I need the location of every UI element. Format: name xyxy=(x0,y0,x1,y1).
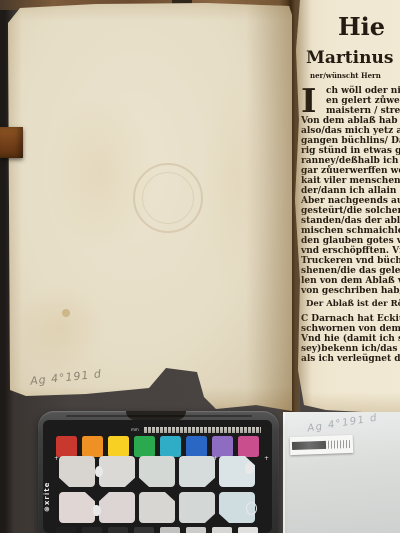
dark-patch xyxy=(82,527,102,533)
gray-patch-row-1 xyxy=(59,456,255,487)
page-shading xyxy=(6,3,292,413)
color-checker: mm + + + + + xyxy=(38,411,279,533)
plus-mark: + xyxy=(264,456,269,462)
hand-icon xyxy=(245,462,254,474)
gray-patch xyxy=(179,492,215,523)
mini-ruler-ticks xyxy=(328,440,350,449)
color-patch-blue xyxy=(186,436,207,457)
left-page: Ag 4°191 d xyxy=(6,3,292,413)
color-checker-card: mm + + + + + xyxy=(43,420,272,533)
ruler-ticks xyxy=(143,427,261,433)
light-patch xyxy=(238,527,258,533)
color-patch-purple xyxy=(212,436,233,457)
gray-scale-label xyxy=(290,435,354,455)
gray-patch xyxy=(99,456,135,487)
color-patch-red xyxy=(56,436,77,457)
dark-patch xyxy=(134,527,154,533)
rotate-arrow-icon xyxy=(246,502,257,515)
ruler-strip xyxy=(143,427,261,433)
color-patch-green xyxy=(134,436,155,457)
hand-icon xyxy=(95,466,103,477)
shelfmark-board: Ag 4°191 d xyxy=(307,412,379,434)
backing-board: Ag 4°191 d xyxy=(283,412,400,533)
gray-patch xyxy=(139,492,175,523)
gray-wedge-bar xyxy=(292,441,326,450)
dark-patch xyxy=(56,527,76,533)
gray-patch xyxy=(59,456,95,487)
housing-groove xyxy=(66,415,252,417)
color-patch-cyan xyxy=(160,436,181,457)
gray-patch xyxy=(59,492,95,523)
right-page: Hie Martinus L ner/wünscht Hern I ch wöl… xyxy=(292,0,400,414)
gray-patch xyxy=(139,456,175,487)
light-patch xyxy=(212,527,232,533)
color-patch-orange xyxy=(82,436,103,457)
color-patch-magenta xyxy=(238,436,259,457)
bottom-patch-row xyxy=(56,527,258,533)
xrite-logo: ⊗xrite xyxy=(43,460,53,512)
gray-patch xyxy=(179,456,215,487)
page-shading xyxy=(292,0,400,414)
color-patch-row xyxy=(56,436,259,457)
leather-index-tab xyxy=(0,127,23,158)
light-patch xyxy=(160,527,180,533)
ruler-unit-label: mm xyxy=(131,428,139,432)
dark-patch xyxy=(108,527,128,533)
light-patch xyxy=(186,527,206,533)
photo-stage: Ag 4°191 d Hie Martinus L ner/wünscht He… xyxy=(0,0,400,533)
color-patch-yellow xyxy=(108,436,129,457)
gray-patch-row-2 xyxy=(59,492,255,523)
gray-patch xyxy=(99,492,135,523)
hand-icon xyxy=(93,505,101,516)
